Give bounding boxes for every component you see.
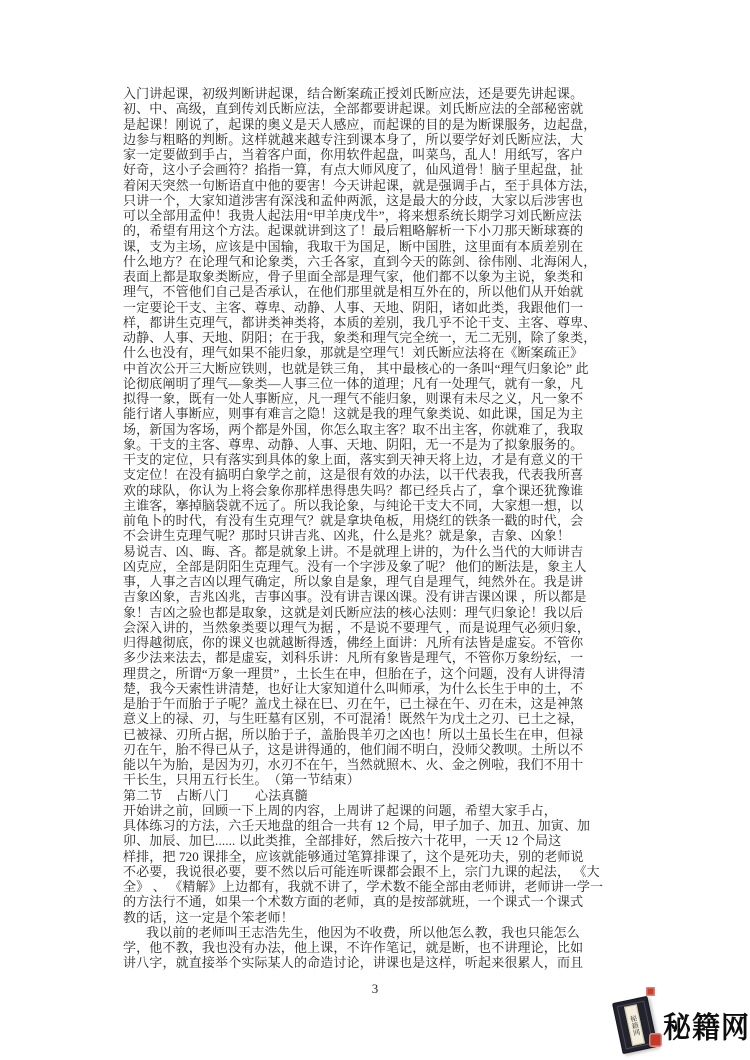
text-line: 讲八字，就直接举个实际某人的命造讨论，讲课也是这样，听起来很累人，而且 xyxy=(123,955,639,970)
text-line: 理贯之，所谓“万象一理贯” ，土长生在申，但胎在子，这个问题，没有人讲得清 xyxy=(123,666,639,681)
small-red-stamp-icon xyxy=(646,987,655,996)
text-line: 支定位！在没有搞明白象学之前，这是很有效的办法，以干代表我，代表我所喜 xyxy=(123,467,639,482)
text-line: 干长生，只用五行长生。 （第一节结束） xyxy=(123,772,639,787)
text-line: 能行诸人事断应，则事有难言之隐！这就是我的理气象类说、如此课，国足为主 xyxy=(123,406,639,421)
text-line: 教的话，这一定是个笨老师！ xyxy=(123,910,639,925)
text-line: 课，支为主场，应该是中国输，我取干为国足，断中国胜，这里面有本质差别在 xyxy=(123,239,639,254)
text-line: 能以午为胎，是因为刃，水刃不在午，当然就照木、火、金之例啦，我们不用十 xyxy=(123,757,639,772)
text-line: 入门讲起课，初级判断讲起课，结合断案疏正授刘氏断应法，还是要先讲起课。 xyxy=(123,86,639,101)
text-line: 好奇，这小子会画符？掐指一算，有点大师风度了，仙风道骨！脑子里起盘，扯 xyxy=(123,162,639,177)
text-line: 具体练习的方法，六壬天地盘的组合一共有 12 个局，甲子加子、加丑、加寅、加 xyxy=(123,818,639,833)
text-line: 开始讲之前，回顾一下上周的内容，上周讲了起课的问题，希望大家手占， xyxy=(123,803,639,818)
text-line: 全》 、 《精解》上边都有，我就不讲了，学术数不能全部由老师讲，老师讲一学一 xyxy=(123,879,639,894)
text-line: 是起课！刚说了，起课的奥义是天人感应，而起课的目的是为断课服务，边起盘， xyxy=(123,117,639,132)
red-seal-icon xyxy=(649,1033,662,1047)
text-line: 学，他不教，我也没有办法，他上课，不许作笔记，就是断，也不讲理论，比如 xyxy=(123,940,639,955)
text-line: 象！吉凶之验也都是取象，这就是刘氏断应法的核心法则：理气归象论！我以后 xyxy=(123,605,639,620)
watermark-logo: 秘籍网 秘籍网 xyxy=(597,985,747,1057)
page-background: 入门讲起课，初级判断讲起课，结合断案疏正授刘氏断应法，还是要先讲起课。初、中、高… xyxy=(0,0,750,1060)
text-line: 可以全部用孟仲！我贵人起法用“甲羊庚戊牛”，将来想系统长期学习刘氏断应法 xyxy=(123,208,639,223)
text-line: 归得越彻底，你的课义也就越断得透，佛经上面讲：凡所有法皆是虚妄。不管你 xyxy=(123,635,639,650)
document-text: 入门讲起课，初级判断讲起课，结合断案疏正授刘氏断应法，还是要先讲起课。初、中、高… xyxy=(123,86,639,971)
text-line: 干支的定位，只有落实到具体的象上面，落实到天神天将上边，才是有意义的干 xyxy=(123,452,639,467)
text-line: 前龟卜的时代，有没有生克理气？就是拿块龟板，用烧红的铁条一戳的时代，会 xyxy=(123,513,639,528)
text-line: 凶克应，全部是阴阳生克理气。没有一个字涉及象了呢？ 他们的断法是，象主人 xyxy=(123,559,639,574)
text-line: 论彻底阐明了理气—象类—人事三位一体的道理；凡有一处理气，就有一象，凡 xyxy=(123,376,639,391)
text-line: 会深入讲的，当然象类要以理气为据 ，不是说不要理气 ，而是说理气必须归象， xyxy=(123,620,639,635)
text-line: 我以前的老师叫王志浩先生，他因为不收费，所以他怎么教，我也只能怎么 xyxy=(123,925,639,940)
text-line: 主谁客，搴掉脑袋就不远了。所以我论象，与纯论干支大不同，大家想一想，以 xyxy=(123,498,639,513)
text-line: 吉象凶象，吉兆凶兆，吉事凶事。没有讲吉课凶课。没有讲吉课凶课 ，所以都是 xyxy=(123,589,639,604)
text-line: 的，希望有用这个方法。起课就讲到这了！最后粗略解析一下小刀那天断球赛的 xyxy=(123,223,639,238)
text-line: 家一定要做到手占，当着客户面，你用软件起盘，叫菜鸟，乱人！用纸写，客户 xyxy=(123,147,639,162)
text-line: 事，人事之吉凶以理气确定，所以象自是象，理气自是理气，纯然外在。我是讲 xyxy=(123,574,639,589)
text-line: 场，新国为客场，两个都是外国，你怎么取主客？取不出主客，你就难了，我取 xyxy=(123,422,639,437)
text-line: 动静、人事、天地、阴阳；在于我，象类和理气完全统一，无二无别，除了象类， xyxy=(123,330,639,345)
text-line: 拟得一象，既有一处人事断应，凡一理气不能归象，则课有未尽之义，凡一象不 xyxy=(123,391,639,406)
text-line: 初、中、高级，直到传刘氏断应法，全部都要讲起课。刘氏断应法的全部秘密就 xyxy=(123,101,639,116)
text-line: 已被禄、刃所占据，所以胎于子，盖胎畏羊刃之凶也！所以土虽长生在申，但禄 xyxy=(123,727,639,742)
text-line: 意义上的禄、刃，与生旺墓有区别，不可混淆！既然午为戊土之刃、已土之禄， xyxy=(123,711,639,726)
text-line: 不必要，我说很必要，要不然以后可能连听课都会跟不上，宗门九课的起法， 《大 xyxy=(123,864,639,879)
text-line: 不会讲生克理气呢？那时只讲吉兆、凶兆，什么是兆？就是象，吉象、凶象！ xyxy=(123,528,639,543)
text-line: 易说吉、凶、晦、吝。都是就象上讲。不是就理上讲的，为什么当代的大师讲吉 xyxy=(123,544,639,559)
text-line: 卯、加辰、加巳...... 以此类推，全部排好，然后按六十花甲，一天 12 个局… xyxy=(123,833,639,848)
text-line: 欢的球队，你认为上将会象你那样患得患失吗？都已经兵占了，拿个课还犹豫谁 xyxy=(123,483,639,498)
text-line: 楚，我今天索性讲清楚，也好让大家知道什么叫师承，为什么长生于申的土，不 xyxy=(123,681,639,696)
text-line: 表面上都是取象类断应，骨子里面全部是理气家，他们都不以象为主说，象类和 xyxy=(123,269,639,284)
text-line: 只讲一个，大家知道涉害有深浅和孟仲两派，这是最大的分歧，大家以后涉害也 xyxy=(123,193,639,208)
text-line: 什么地方？在论理气和论象类，六壬各家，直到今天的陈剑、徐伟刚、北海闲人， xyxy=(123,254,639,269)
text-line: 是胎于午而胎于子呢？盖戊土禄在巳、刃在午，已土禄在午、刃在未，这是神煞 xyxy=(123,696,639,711)
text-line: 刃在午，胎不得已从子，这是讲得通的，他们闹不明白，没师父教呗。土所以不 xyxy=(123,742,639,757)
text-line: 着闲天突然一句断语直中他的要害！今天讲起课，就是强调手占，至于具体方法， xyxy=(123,178,639,193)
text-line: 象。干支的主客、尊卑、动静、人事、天地、阴阳，无一不是为了拟象服务的。 xyxy=(123,437,639,452)
text-line: 理气，不管他们自己是否承认，在他们那里就是相互外在的，所以他们从开始就 xyxy=(123,284,639,299)
text-line: 样排，把 720 课排全，应该就能够通过笔算排课了，这个是死功夫，别的老师说 xyxy=(123,849,639,864)
watermark-site-name: 秘籍网 xyxy=(663,1005,750,1047)
text-line: 的方法行不通，如果一个术数方面的老师，真的是按部就班，一个课式一个课式 xyxy=(123,894,639,909)
text-line: 样，都讲生克理气，都讲类神类将，本质的差别，我几乎不论干支、主客、尊卑、 xyxy=(123,315,639,330)
text-line: 多少法来法去，都是虚妄，刘科乐讲：凡所有象皆是理气，不管你万象纷纭，一 xyxy=(123,650,639,665)
section-heading: 第二节 占断八门 心法真髓 xyxy=(123,788,639,803)
text-line: 中首次公开三大断应铁则，也就是铁三角， 其中最核心的一条叫“理气归象论” 此 xyxy=(123,361,639,376)
text-line: 什么也没有，理气如果不能归象，那就是空理气！刘氏断应法将在《断案疏正》 xyxy=(123,345,639,360)
text-line: 边参与粗略的判断。这样就越来越专注到课本身了，所以要学好刘氏断应法，大 xyxy=(123,132,639,147)
text-line: 一定要论干支、主客、尊卑、动静、人事、天地、阴阳，诸如此类，我跟他们一 xyxy=(123,300,639,315)
